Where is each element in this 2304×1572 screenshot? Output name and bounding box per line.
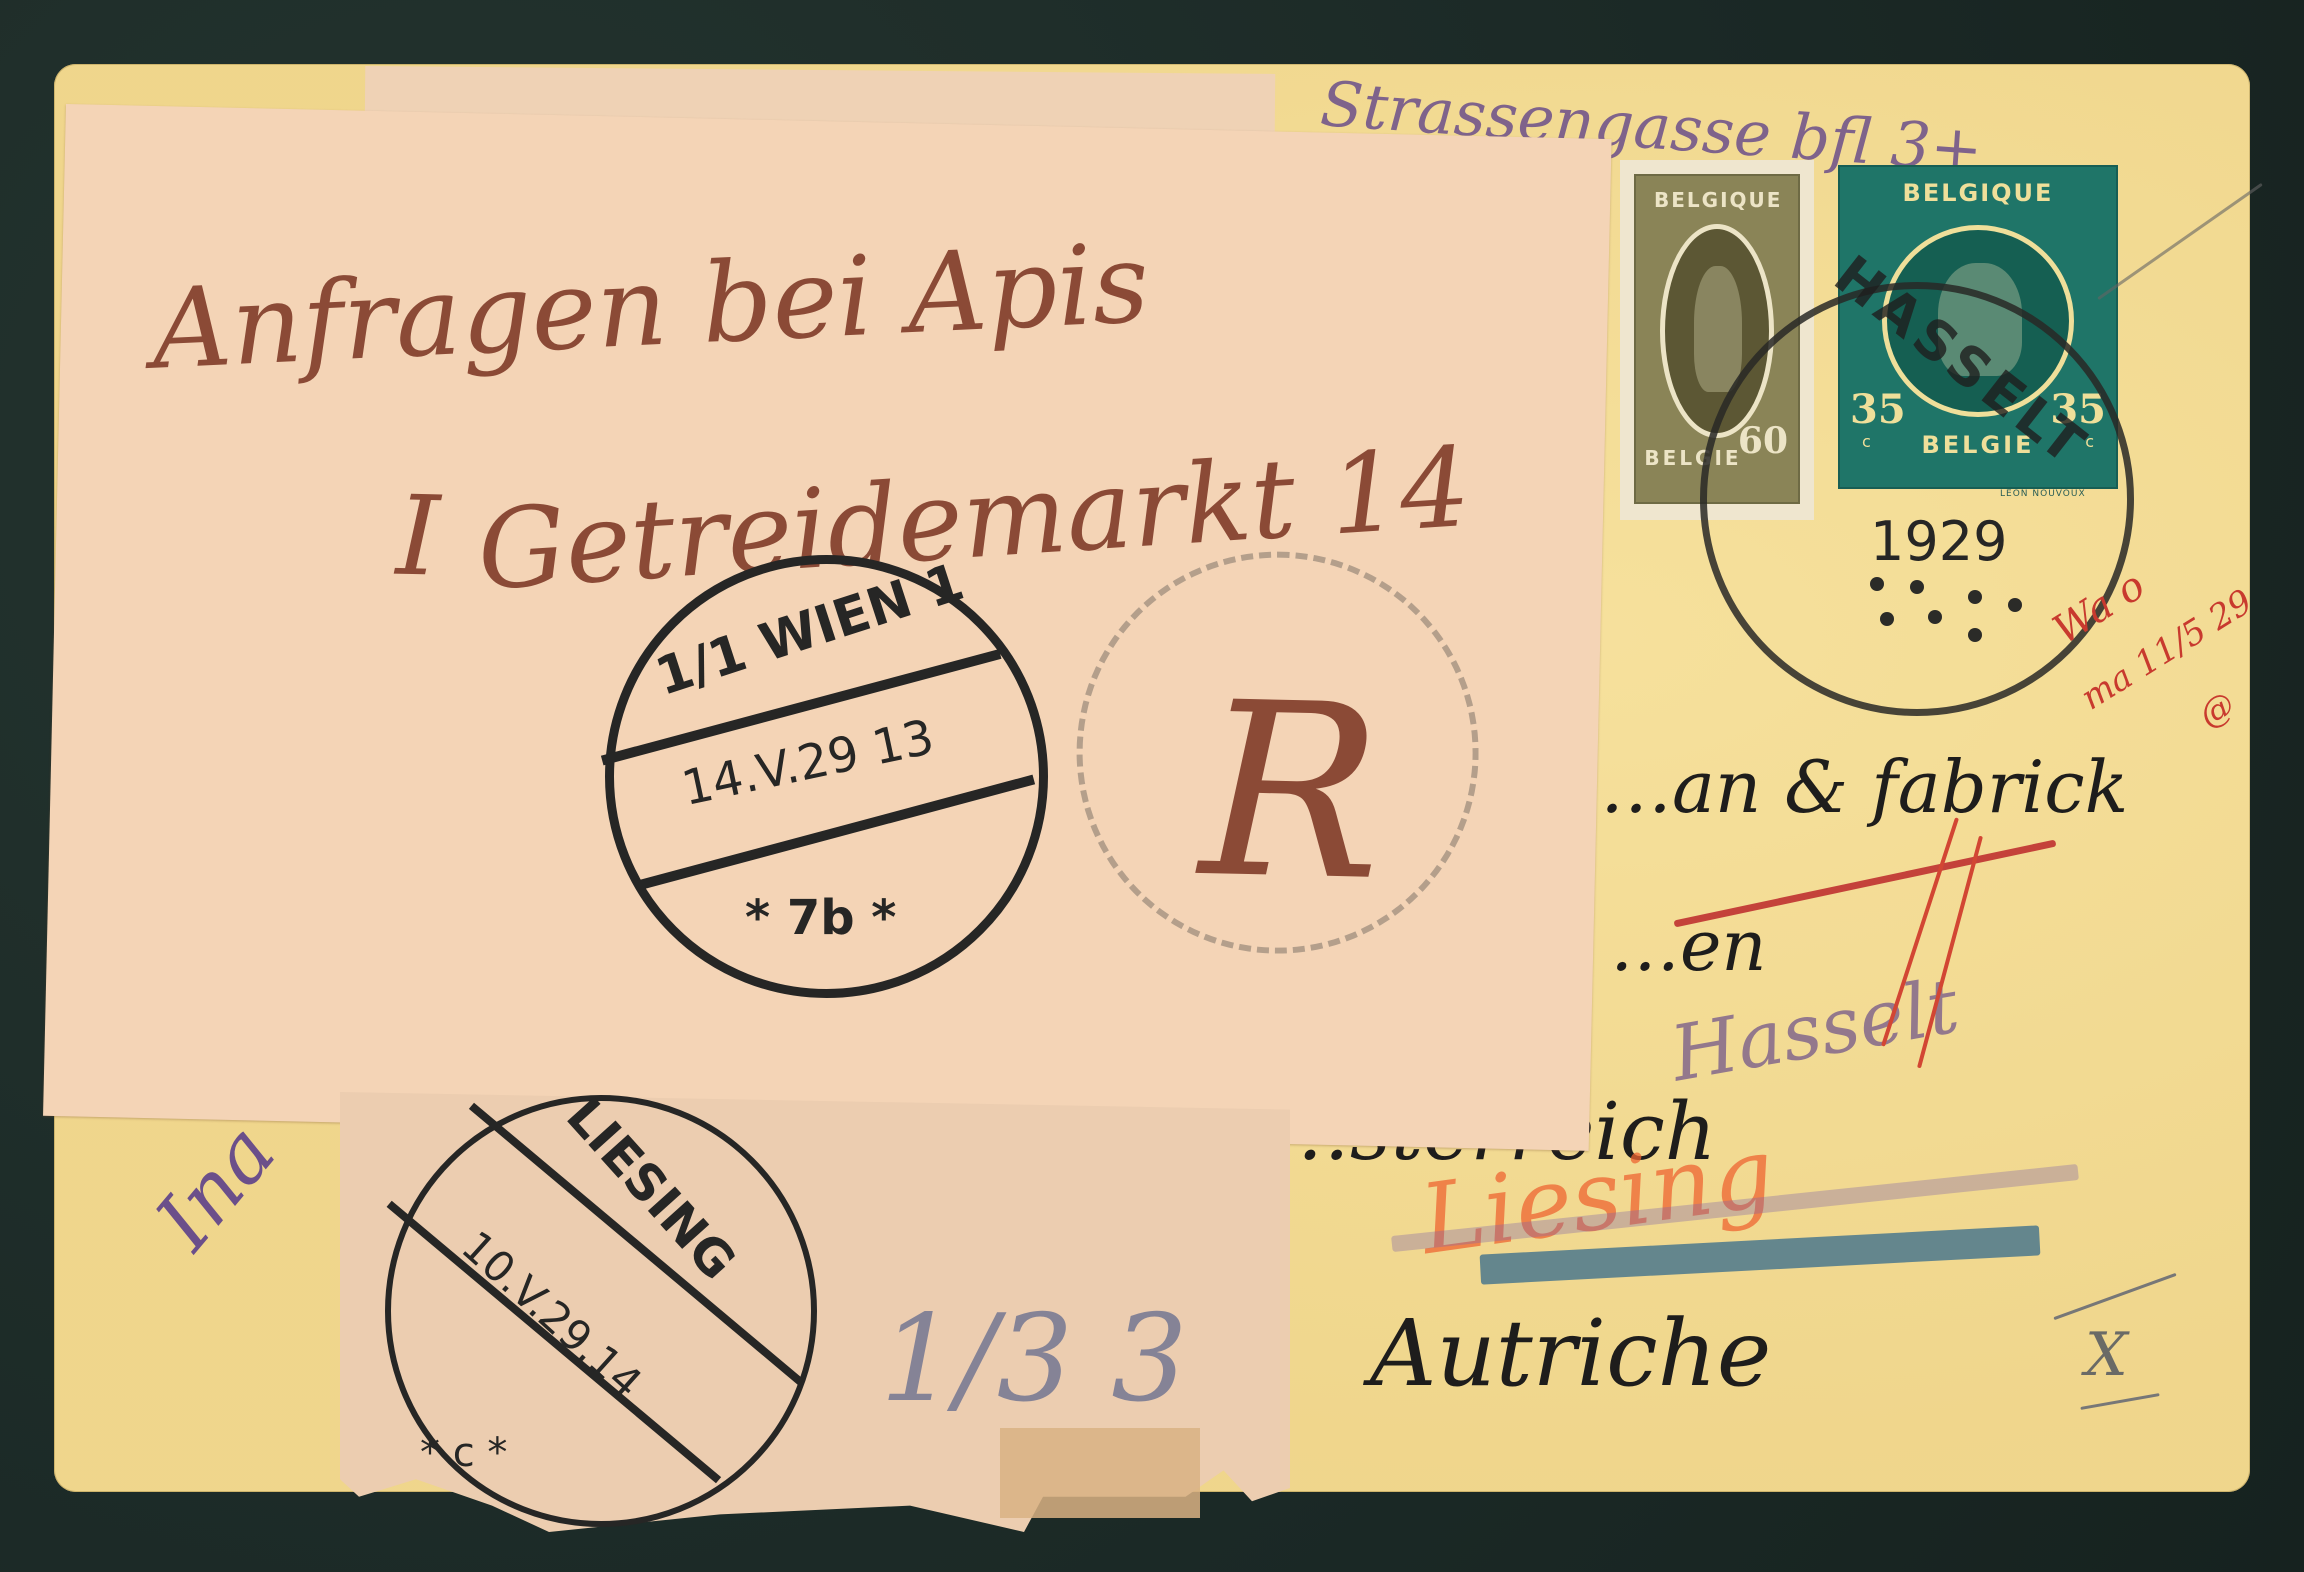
stamp-60c-country: BELGIQUE — [1654, 188, 1780, 222]
stamp-35c-country: BELGIQUE — [1858, 179, 2098, 213]
pencil-x-mark: X — [2085, 1320, 2128, 1390]
postmark-wien-bottom: * 7b * — [745, 890, 896, 946]
address-line2: …en — [1610, 905, 1767, 987]
hinge-tape — [1000, 1428, 1200, 1518]
postmark-liesing-bottom: * c * — [420, 1430, 507, 1476]
wrapper-line1: Anfragen bei Apis — [149, 219, 1152, 394]
postmark-hasselt-year: 1929 — [1870, 510, 2007, 573]
liesing-pencil-note: 1/3 3 — [880, 1290, 1188, 1429]
address-line1: …an & fabrick — [1600, 745, 2128, 829]
wrapper-signature: R — [1198, 650, 1385, 934]
king-portrait-icon — [1694, 266, 1742, 392]
address-line6: Autriche — [1370, 1300, 1771, 1407]
wrapper-line2-prefix: I — [395, 472, 441, 601]
